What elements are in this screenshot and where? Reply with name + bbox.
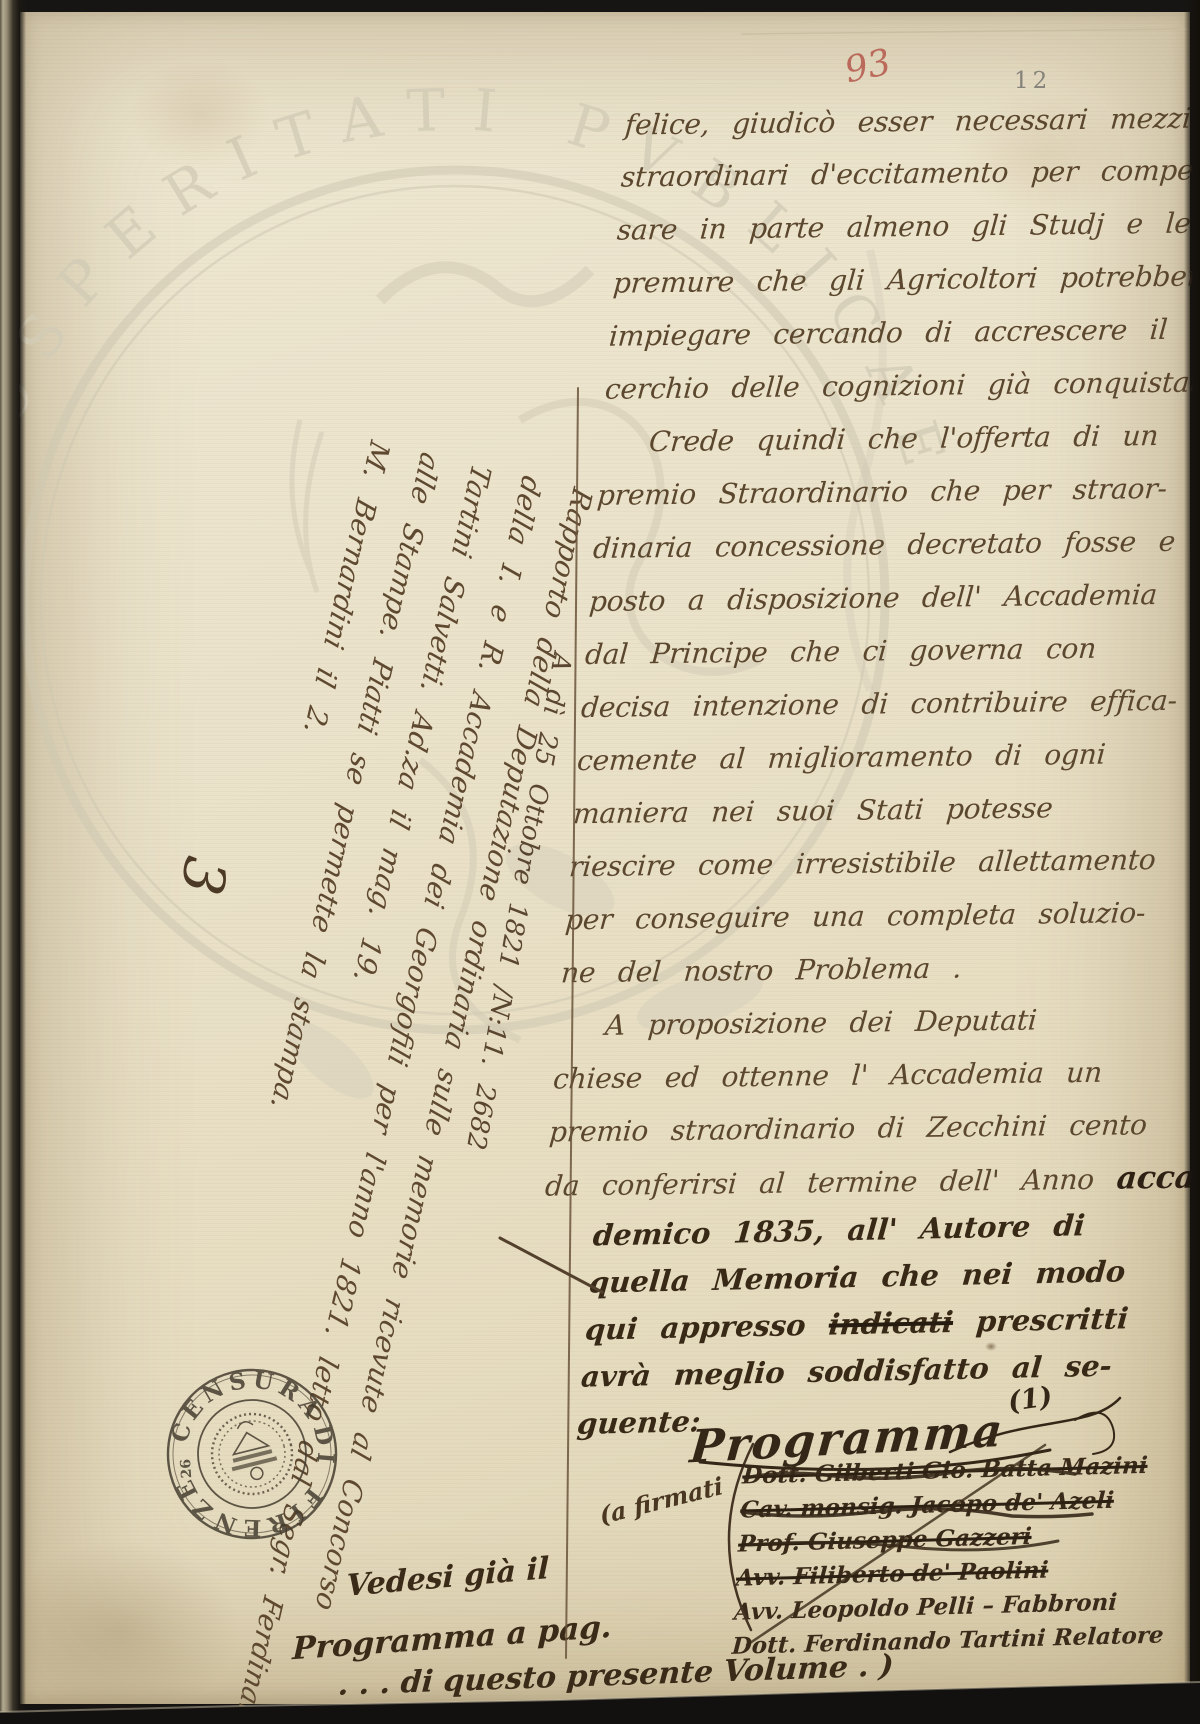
footnote-marker: (1) (1006, 1381, 1054, 1418)
page-number-stamp: 12 (1014, 68, 1051, 94)
text-line: dal Principe che ci governa con (583, 622, 1200, 683)
text-line-content: ne del nostro Problema . (560, 951, 963, 989)
text-line-content: straordinari d'eccitamento per compen- (620, 153, 1200, 193)
struck-word: indicati (827, 1305, 954, 1342)
text-line: posto a disposizione dell' Accademia (587, 569, 1200, 630)
text-line: chiese ed ottenne l' Accademia un (551, 1046, 1200, 1107)
censura-legend-mid: DI (302, 1422, 345, 1475)
text-line: riescire come irresistibile allettamento (567, 834, 1200, 895)
main-text-block: felice, giudicò esser necessari mezzi16 … (543, 91, 1200, 1213)
censura-small-mark: 26 (178, 1458, 195, 1479)
text-line-content: demico 1835, all' Autore di (592, 1208, 1087, 1252)
text-line-content: posto a disposizione dell' Accademia (588, 578, 1158, 618)
binding-edge (0, 0, 26, 1724)
text-line-content: A proposizione dei Deputati (604, 1004, 1038, 1042)
text-line-content: da conferirsi al termine dell' Anno (544, 1163, 1118, 1203)
scan-border-right (1184, 0, 1200, 1724)
text-line: felice, giudicò esser necessari mezzi16 (623, 91, 1200, 152)
text-line-content: sare in parte almeno gli Studj e le (616, 207, 1192, 247)
text-line-content: felice, giudicò esser necessari mezzi (624, 102, 1192, 142)
text-line: maniera nei suoi Stati potesse (571, 781, 1200, 842)
text-line: premio Straordinario che per straor- (595, 463, 1200, 524)
text-line: cemente al miglioramento di ogni (575, 728, 1200, 789)
text-line-content: Crede quindi che l'offerta di un (648, 419, 1160, 458)
text-line-content: guente: (576, 1404, 702, 1441)
manuscript-scan: PROSPERITATI PVBLICAE felice, giudicò es… (0, 0, 1200, 1724)
text-line: dinaria concessione decretato fosse e (591, 516, 1200, 577)
text-line: per conseguire una completa soluzio- (563, 887, 1200, 948)
text-line-content: quella Memoria che nei modo (588, 1254, 1127, 1299)
text-line-content: impiegare cercando di accrescere il (608, 313, 1169, 353)
text-line: A proposizione dei Deputati (555, 993, 1200, 1054)
text-line: impiegare cercando di accrescere il (607, 304, 1200, 365)
text-line-content: maniera nei suoi Stati potesse (572, 791, 1054, 830)
text-line-content: prescritti (952, 1301, 1130, 1339)
text-line-content: dinaria concessione decretato fosse e (592, 525, 1177, 565)
text-line-content: per conseguire una completa soluzio- (564, 896, 1147, 936)
text-line-content: chiese ed ottenne l' Accademia un (552, 1056, 1103, 1096)
text-line: sare in parte almeno gli Studj e le (615, 198, 1200, 259)
text-line-content: premio straordinario di Zecchini cento (548, 1108, 1148, 1148)
text-line: premure che gli Agricoltori potrebbero (611, 251, 1200, 312)
text-line: decisa intenzione di contribuire effica- (579, 675, 1200, 736)
text-line-content: premio Straordinario che per straor- (596, 472, 1168, 512)
text-line: cerchio delle cognizioni già conquistate… (603, 357, 1200, 418)
text-line: ne del nostro Problema . (559, 940, 1200, 1001)
scan-border-top (0, 0, 1200, 12)
text-line-content: cemente al miglioramento di ogni (576, 738, 1107, 777)
text-line-content: riescire come irresistibile allettamento (568, 843, 1157, 883)
text-line: straordinari d'eccitamento per compen- (619, 144, 1200, 205)
text-line-content: qui appresso (584, 1308, 831, 1347)
text-line: Crede quindi che l'offerta di un (599, 410, 1200, 471)
text-line-content: cerchio delle cognizioni già conquistate… (604, 365, 1200, 406)
text-line-content: dal Principe che ci governa con (584, 632, 1097, 671)
text-line-content: decisa intenzione di contribuire effica- (580, 684, 1178, 724)
text-line: premio straordinario di Zecchini cento (547, 1099, 1200, 1160)
text-line-content: premure che gli Agricoltori potrebbero (612, 259, 1200, 299)
committee-names-block: Dott. Gilberti Gio. Batta Mazini Cav. mo… (731, 1449, 1175, 1665)
